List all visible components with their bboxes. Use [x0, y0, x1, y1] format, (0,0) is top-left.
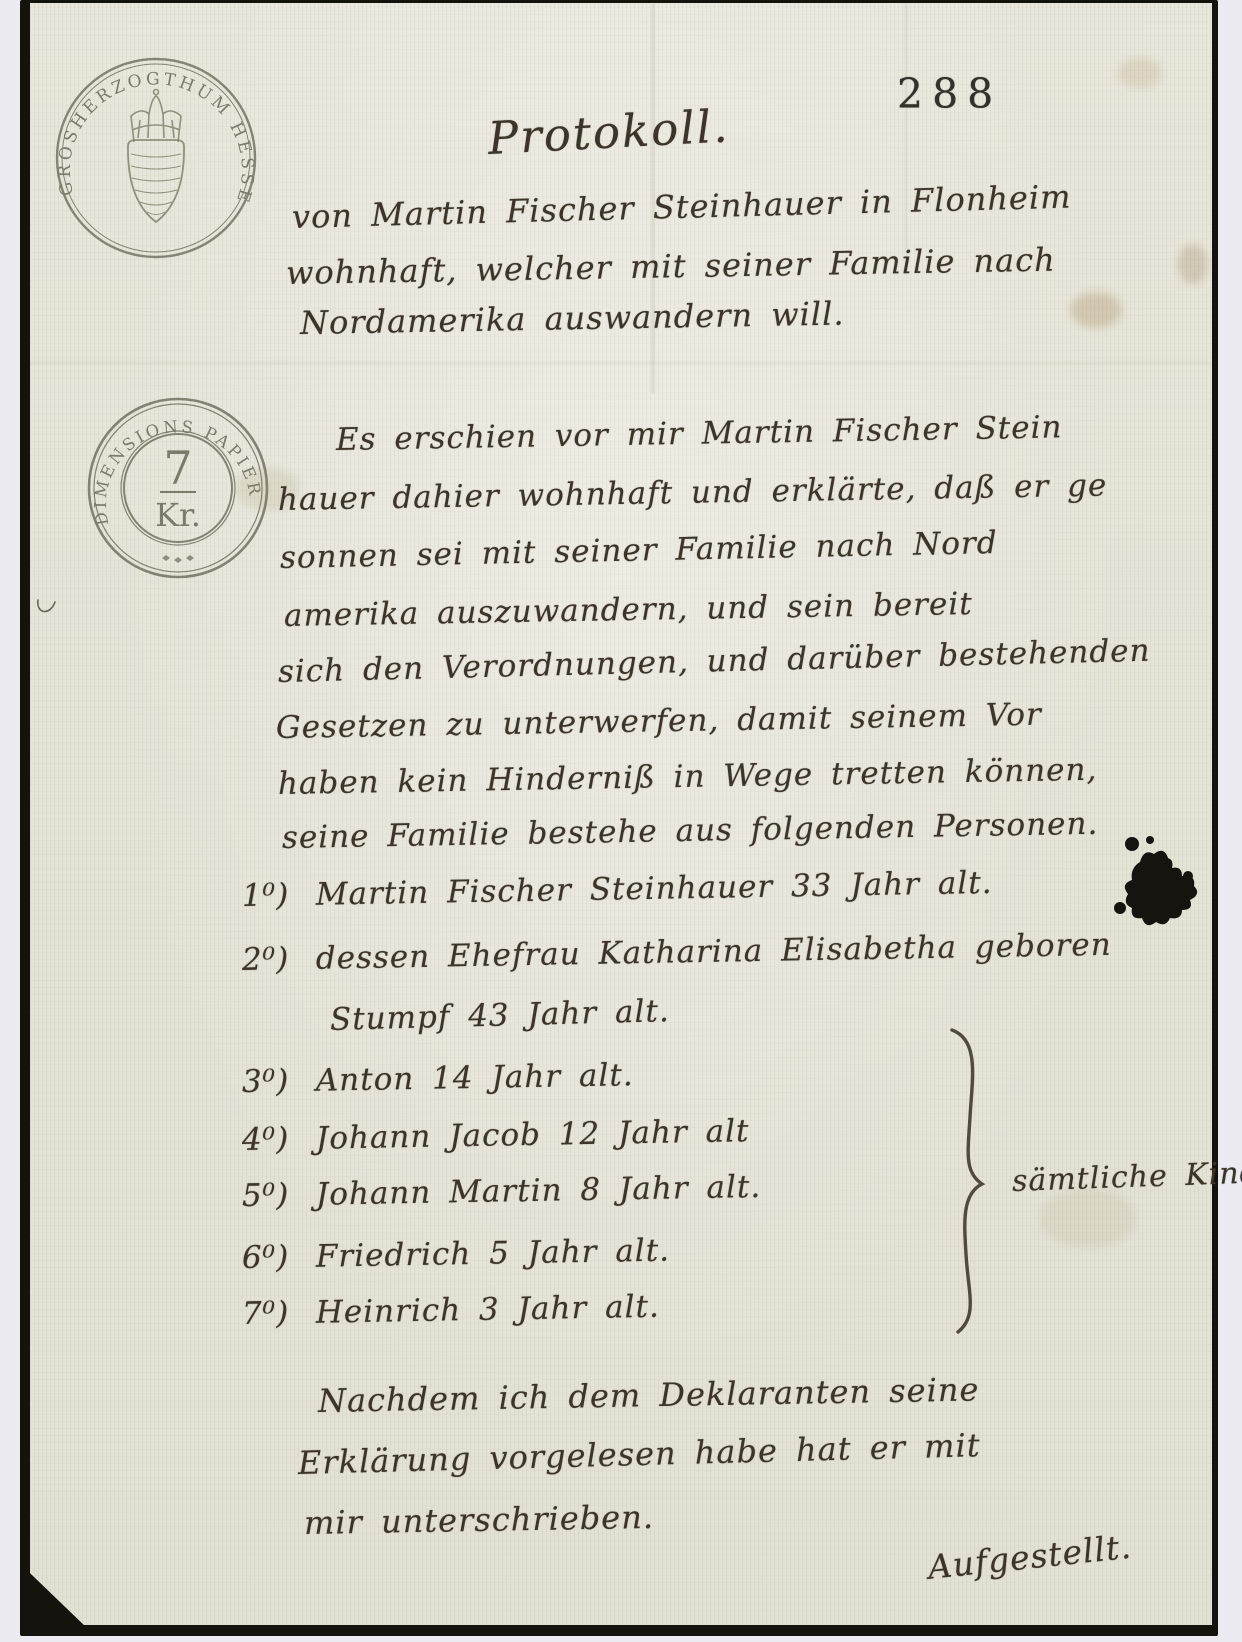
crown-icon	[131, 90, 181, 143]
shield-icon	[128, 140, 184, 222]
scanned-document-page: { "page": { "number_stamp": "288", "titl…	[0, 0, 1242, 1642]
list-item-number: 2⁰)	[242, 941, 299, 978]
list-item-number: 6⁰)	[242, 1239, 299, 1276]
fee-value: 7	[163, 441, 192, 495]
list-item: 7⁰) Heinrich 3 Jahr alt.	[242, 1289, 660, 1332]
fee-unit: Kr.	[155, 496, 201, 534]
list-item-text: Anton 14 Jahr alt.	[316, 1057, 634, 1099]
list-item-text: Johann Jacob 12 Jahr alt	[316, 1113, 750, 1157]
paper-stain	[1178, 244, 1208, 284]
fee-stamp-ornament	[162, 555, 194, 563]
list-item-number: 7⁰)	[242, 1295, 299, 1332]
pen-squiggle	[34, 596, 60, 622]
list-item-text: Heinrich 3 Jahr alt.	[316, 1289, 661, 1331]
list-item: 3⁰) Anton 14 Jahr alt.	[242, 1057, 634, 1100]
closing-line: mir unterschrieben.	[304, 1498, 655, 1542]
paper-crease	[30, 362, 1212, 364]
children-brace	[918, 1022, 1018, 1342]
list-item-number: 3⁰)	[242, 1063, 299, 1100]
ink-blot	[1110, 836, 1206, 940]
list-item-number: 1⁰)	[242, 877, 299, 914]
fee-stamp: DIMENSIONS PAPIER 7 Kr.	[82, 392, 274, 584]
paper-stain	[1070, 292, 1122, 328]
list-item-number: 5⁰)	[242, 1177, 299, 1214]
list-item: 6⁰) Friedrich 5 Jahr alt.	[242, 1233, 671, 1276]
list-item-text: Friedrich 5 Jahr alt.	[316, 1233, 671, 1275]
page-number-stamp: 288	[897, 70, 1002, 118]
hessen-seal-stamp: GROSHERZOGTHUM HESSEN	[48, 50, 264, 266]
paper-stain	[1118, 58, 1162, 88]
list-item-number: 4⁰)	[242, 1121, 299, 1158]
